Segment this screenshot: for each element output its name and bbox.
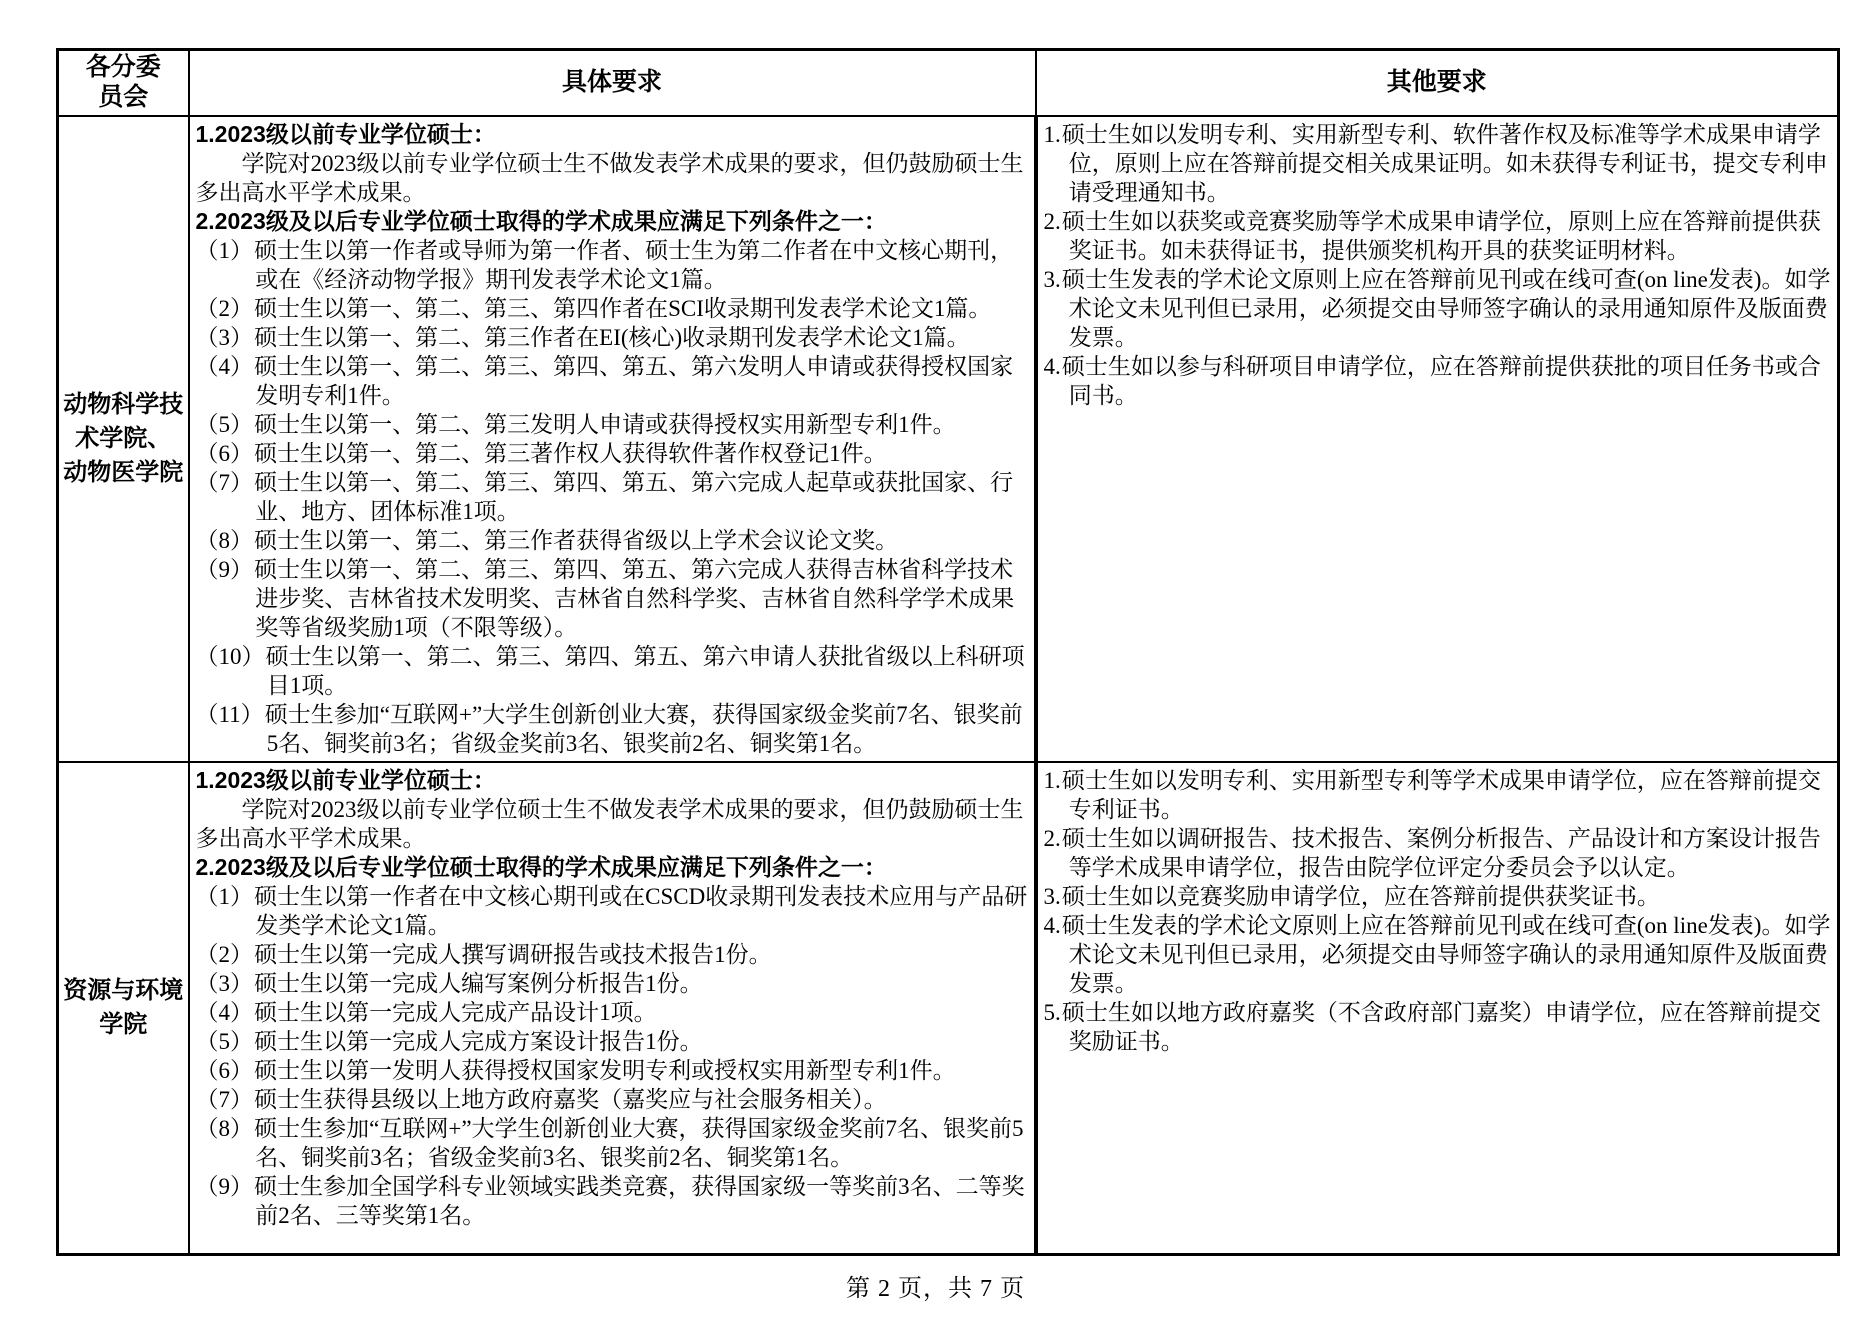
requirement-heading: 2.2023级及以后专业学位硕士取得的学术成果应满足下列条件之一： <box>196 853 1028 882</box>
requirement-item: （4）硕士生以第一、第二、第三、第四、第五、第六发明人申请或获得授权国家发明专利… <box>196 352 1028 410</box>
item-marker: （5） <box>196 1029 254 1054</box>
committee-name: 资源与环境 学院 <box>58 762 189 1254</box>
item-marker: （6） <box>196 441 254 466</box>
item-marker: （10） <box>196 644 265 669</box>
item-marker: （3） <box>196 971 254 996</box>
item-marker: （4） <box>196 354 254 379</box>
requirement-heading: 1.2023级以前专业学位硕士： <box>196 120 1028 149</box>
header-row: 各分委 员会 具体要求 其他要求 <box>58 50 1839 117</box>
item-marker: 4. <box>1044 354 1061 379</box>
specific-requirements-cell: 1.2023级以前专业学位硕士：学院对2023级以前专业学位硕士生不做发表学术成… <box>189 762 1036 1254</box>
header-committee: 各分委 员会 <box>58 50 189 117</box>
other-requirements-cell: 1.硕士生如以发明专利、实用新型专利等学术成果申请学位，应在答辩前提交专利证书。… <box>1036 762 1839 1254</box>
specific-requirements-cell: 1.2023级以前专业学位硕士：学院对2023级以前专业学位硕士生不做发表学术成… <box>189 116 1036 762</box>
item-marker: （1） <box>196 884 254 909</box>
item-marker: （2） <box>196 942 254 967</box>
other-requirement-item: 4.硕士生发表的学术论文原则上应在答辩前见刊或在线可查(on line发表)。如… <box>1044 911 1832 998</box>
item-marker: （5） <box>196 412 254 437</box>
requirement-heading: 2.2023级及以后专业学位硕士取得的学术成果应满足下列条件之一： <box>196 207 1028 236</box>
requirement-item: （9）硕士生以第一、第二、第三、第四、第五、第六完成人获得吉林省科学技术进步奖、… <box>196 555 1028 642</box>
requirement-item: （9）硕士生参加全国学科专业领域实践类竞赛，获得国家级一等奖前3名、二等奖前2名… <box>196 1172 1028 1230</box>
requirement-item: （8）硕士生参加“互联网+”大学生创新创业大赛，获得国家级金奖前7名、银奖前5名… <box>196 1114 1028 1172</box>
requirements-table: 各分委 员会 具体要求 其他要求 动物科学技 术学院、 动物医学院1.2023级… <box>56 48 1840 1256</box>
item-marker: （9） <box>196 557 254 582</box>
item-marker: 2. <box>1044 826 1061 851</box>
page-number: 第 2 页，共 7 页 <box>0 1268 1871 1303</box>
item-marker: （6） <box>196 1058 254 1083</box>
item-marker: （2） <box>196 296 254 321</box>
requirement-item: （3）硕士生以第一、第二、第三作者在EI(核心)收录期刊发表学术论文1篇。 <box>196 323 1028 352</box>
document-page: 各分委 员会 具体要求 其他要求 动物科学技 术学院、 动物医学院1.2023级… <box>0 0 1871 1323</box>
requirement-paragraph: 学院对2023级以前专业学位硕士生不做发表学术成果的要求，但仍鼓励硕士生多出高水… <box>196 149 1028 207</box>
item-marker: （7） <box>196 470 254 495</box>
table-row: 动物科学技 术学院、 动物医学院1.2023级以前专业学位硕士：学院对2023级… <box>58 116 1839 762</box>
other-requirements-cell: 1.硕士生如以发明专利、实用新型专利、软件著作权及标准等学术成果申请学位，原则上… <box>1036 116 1839 762</box>
other-requirement-item: 2.硕士生如以调研报告、技术报告、案例分析报告、产品设计和方案设计报告等学术成果… <box>1044 824 1832 882</box>
requirement-item: （3）硕士生以第一完成人编写案例分析报告1份。 <box>196 969 1028 998</box>
item-marker: （9） <box>196 1174 254 1199</box>
item-marker: 5. <box>1044 1000 1061 1025</box>
item-marker: （11） <box>196 702 264 727</box>
requirement-item: （5）硕士生以第一完成人完成方案设计报告1份。 <box>196 1027 1028 1056</box>
requirement-item: （2）硕士生以第一、第二、第三、第四作者在SCI收录期刊发表学术论文1篇。 <box>196 294 1028 323</box>
other-requirement-item: 3.硕士生发表的学术论文原则上应在答辩前见刊或在线可查(on line发表)。如… <box>1044 265 1832 352</box>
requirement-item: （10）硕士生以第一、第二、第三、第四、第五、第六申请人获批省级以上科研项目1项… <box>196 642 1028 700</box>
other-requirement-item: 2.硕士生如以获奖或竞赛奖励等学术成果申请学位，原则上应在答辩前提供获奖证书。如… <box>1044 207 1832 265</box>
item-marker: （4） <box>196 1000 254 1025</box>
item-marker: 3. <box>1044 884 1061 909</box>
requirement-heading: 1.2023级以前专业学位硕士： <box>196 766 1028 795</box>
item-marker: （7） <box>196 1087 254 1112</box>
committee-name: 动物科学技 术学院、 动物医学院 <box>58 116 189 762</box>
other-requirement-item: 1.硕士生如以发明专利、实用新型专利等学术成果申请学位，应在答辩前提交专利证书。 <box>1044 766 1832 824</box>
table-row: 资源与环境 学院1.2023级以前专业学位硕士：学院对2023级以前专业学位硕士… <box>58 762 1839 1254</box>
item-marker: （8） <box>196 1116 254 1141</box>
requirement-item: （8）硕士生以第一、第二、第三作者获得省级以上学术会议论文奖。 <box>196 526 1028 555</box>
requirement-item: （11）硕士生参加“互联网+”大学生创新创业大赛，获得国家级金奖前7名、银奖前5… <box>196 700 1028 758</box>
item-marker: （1） <box>196 238 254 263</box>
requirement-item: （2）硕士生以第一完成人撰写调研报告或技术报告1份。 <box>196 940 1028 969</box>
other-requirement-item: 1.硕士生如以发明专利、实用新型专利、软件著作权及标准等学术成果申请学位，原则上… <box>1044 120 1832 207</box>
item-marker: 1. <box>1044 122 1061 147</box>
requirement-item: （1）硕士生以第一作者或导师为第一作者、硕士生为第二作者在中文核心期刊，或在《经… <box>196 236 1028 294</box>
requirement-item: （7）硕士生获得县级以上地方政府嘉奖（嘉奖应与社会服务相关）。 <box>196 1085 1028 1114</box>
requirement-paragraph: 学院对2023级以前专业学位硕士生不做发表学术成果的要求，但仍鼓励硕士生多出高水… <box>196 795 1028 853</box>
requirement-item: （4）硕士生以第一完成人完成产品设计1项。 <box>196 998 1028 1027</box>
other-requirement-item: 5.硕士生如以地方政府嘉奖（不含政府部门嘉奖）申请学位，应在答辩前提交奖励证书。 <box>1044 998 1832 1056</box>
requirement-item: （7）硕士生以第一、第二、第三、第四、第五、第六完成人起草或获批国家、行业、地方… <box>196 468 1028 526</box>
header-specific-requirements: 具体要求 <box>189 50 1036 117</box>
requirement-item: （1）硕士生以第一作者在中文核心期刊或在CSCD收录期刊发表技术应用与产品研发类… <box>196 882 1028 940</box>
other-requirement-item: 3.硕士生如以竞赛奖励申请学位，应在答辩前提供获奖证书。 <box>1044 882 1832 911</box>
requirement-item: （5）硕士生以第一、第二、第三发明人申请或获得授权实用新型专利1件。 <box>196 410 1028 439</box>
requirement-item: （6）硕士生以第一、第二、第三著作权人获得软件著作权登记1件。 <box>196 439 1028 468</box>
item-marker: 3. <box>1044 267 1061 292</box>
requirement-item: （6）硕士生以第一发明人获得授权国家发明专利或授权实用新型专利1件。 <box>196 1056 1028 1085</box>
item-marker: （3） <box>196 325 254 350</box>
item-marker: 2. <box>1044 209 1061 234</box>
item-marker: 4. <box>1044 913 1061 938</box>
other-requirement-item: 4.硕士生如以参与科研项目申请学位，应在答辩前提供获批的项目任务书或合同书。 <box>1044 352 1832 410</box>
header-other-requirements: 其他要求 <box>1036 50 1839 117</box>
item-marker: 1. <box>1044 768 1061 793</box>
item-marker: （8） <box>196 528 254 553</box>
